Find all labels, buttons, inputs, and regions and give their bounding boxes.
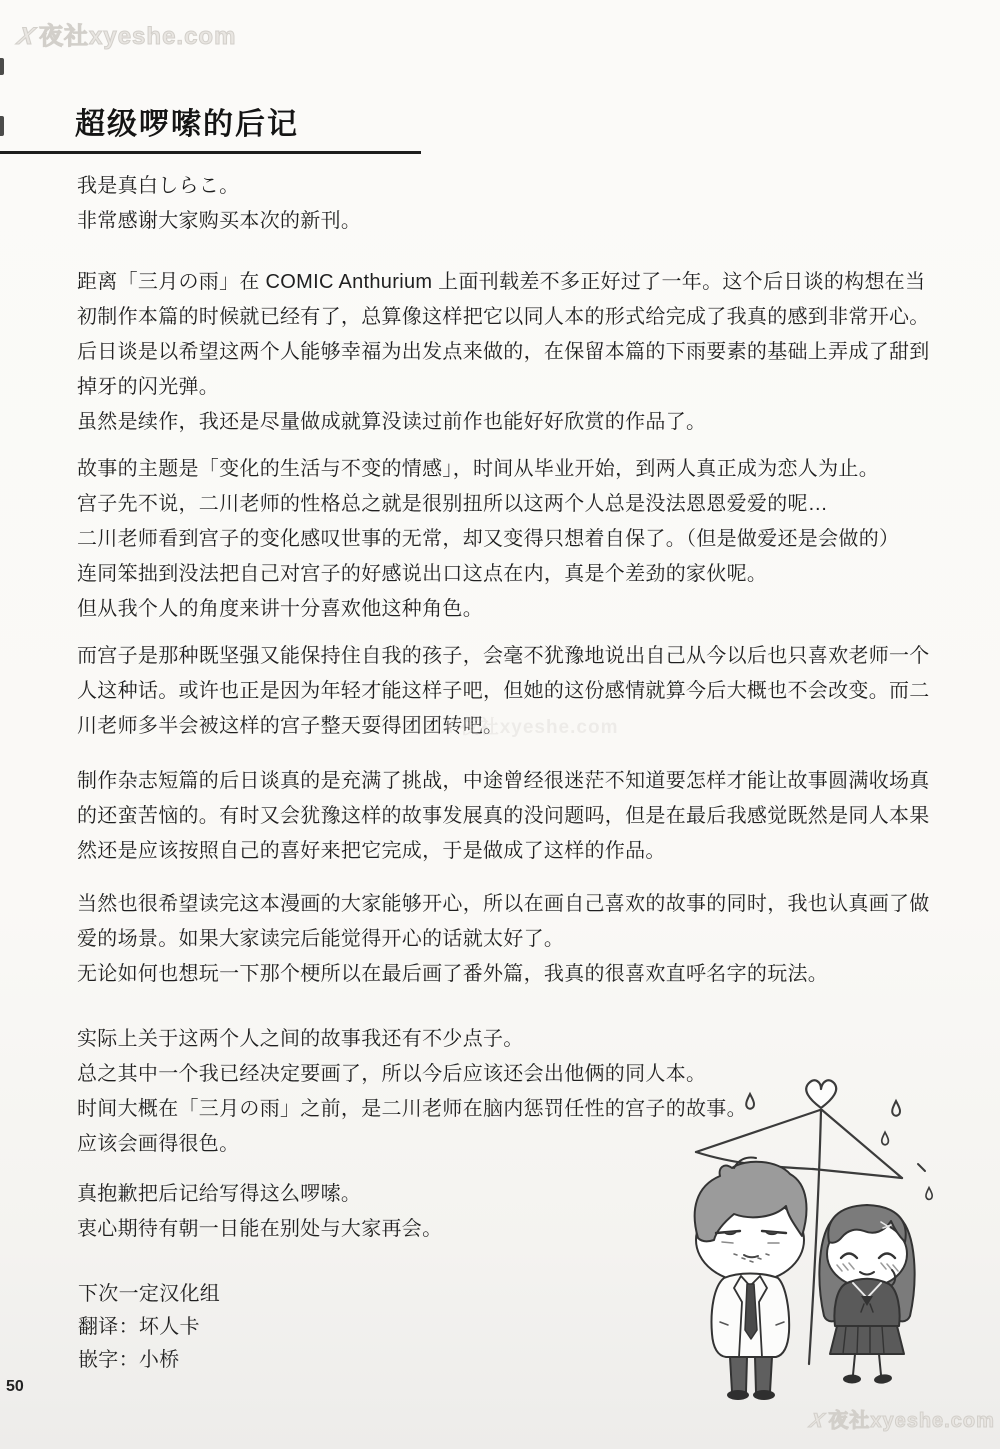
man-shoe [727, 1390, 749, 1400]
afterword-paragraph: 真抱歉把后记给写得这么啰嗦。衷心期待有朝一日能在别处与大家再会。 [77, 1177, 442, 1247]
afterword-line: 故事的主题是「变化的生活与不变的情感」，时间从毕业开始，到两人真正成为恋人为止。 [77, 452, 899, 487]
afterword-line: 非常感谢大家购买本次的新刊。 [77, 204, 361, 239]
afterword-line: 后日谈是以希望这两个人能够幸福为出发点来做的，在保留本篇的下雨要素的基础上弄成了… [77, 335, 930, 370]
afterword-line: 掉牙的闪光弹。 [77, 370, 930, 405]
man-chibi [695, 1157, 807, 1400]
afterword-line: 衷心期待有朝一日能在别处与大家再会。 [77, 1212, 442, 1247]
afterword-paragraph: 制作杂志短篇的后日谈真的是充满了挑战，中途曾经很迷茫不知道要怎样才能让故事圆满收… [77, 764, 930, 869]
afterword-line: 我是真白しらこ。 [77, 169, 361, 204]
afterword-paragraph: 距离「三月の雨」在 COMIC Anthurium 上面刊载差不多正好过了一年。… [77, 265, 930, 440]
afterword-line: 宫子先不说，二川老师的性格总之就是很别扭所以这两个人总是没法恩恩爱爱的呢… [77, 487, 899, 522]
watermark-logo-icon: X [808, 1410, 827, 1433]
afterword-paragraph: 故事的主题是「变化的生活与不变的情感」，时间从毕业开始，到两人真正成为恋人为止。… [77, 452, 899, 627]
watermark-text: 夜社xyeshe.com [828, 1410, 995, 1432]
watermark-text: 夜社xyeshe.com [39, 23, 236, 50]
umbrella-pole [809, 1110, 821, 1364]
afterword-paragraph: 我是真白しらこ。非常感谢大家购买本次的新刊。 [77, 169, 361, 239]
raindrop-icon [746, 1094, 754, 1109]
afterword-line: 连同笨拙到没法把自己对宫子的好感说出口这点在内，真是个差劲的家伙呢。 [77, 557, 899, 592]
man-tie [745, 1284, 757, 1339]
credit-line: 翻译：坏人卡 [78, 1311, 220, 1344]
afterword-line: 人这种话。或许也正是因为年轻才能这样子吧，但她的这份感情就算今后大概也不会改变。… [77, 674, 930, 709]
girl-shoe [873, 1373, 892, 1384]
afterword-page: X夜社xyeshe.com 超级啰嗦的后记 我是真白しらこ。非常感谢大家购买本次… [0, 0, 1000, 1449]
afterword-line: 制作杂志短篇的后日谈真的是充满了挑战，中途曾经很迷茫不知道要怎样才能让故事圆满收… [77, 764, 930, 799]
watermark-center: X夜社xyeshe.com [442, 712, 618, 739]
rain-dash [918, 1164, 925, 1171]
afterword-line: 实际上关于这两个人之间的故事我还有不少点子。 [77, 1022, 747, 1057]
afterword-line: 无论如何也想玩一下那个梗所以在最后画了番外篇，我真的很喜欢直呼名字的玩法。 [77, 957, 930, 992]
girl-skirt [830, 1326, 904, 1354]
chibi-couple-under-heart-umbrella-illustration [638, 1072, 960, 1402]
page-number: 50 [6, 1378, 24, 1396]
watermark-bottom: X夜社xyeshe.com [810, 1404, 995, 1433]
afterword-line: 爱的场景。如果大家读完后能觉得开心的话就太好了。 [77, 922, 930, 957]
girl-chibi [819, 1205, 914, 1385]
watermark-logo-icon: X [440, 717, 458, 739]
afterword-line: 初制作本篇的时候就已经有了，总算像这样把它以同人本的形式给完成了我真的感到非常开… [77, 300, 930, 335]
raindrop-icon [892, 1101, 900, 1116]
translation-credits: 下次一定汉化组翻译：坏人卡嵌字：小桥 [78, 1278, 220, 1377]
afterword-line: 的还蛮苦恼的。有时又会犹豫这样的故事发展真的没问题吗，但是在最后我感觉既然是同人… [77, 799, 930, 834]
afterword-line: 但从我个人的角度来讲十分喜欢他这种角色。 [77, 592, 899, 627]
heart-icon [806, 1080, 836, 1108]
page-title: 超级啰嗦的后记 [75, 99, 299, 143]
girl-shoe [843, 1375, 861, 1384]
afterword-line: 虽然是续作，我还是尽量做成就算没读过前作也能好好欣赏的作品了。 [77, 405, 930, 440]
afterword-paragraph: 当然也很希望读完这本漫画的大家能够开心，所以在画自己喜欢的故事的同时，我也认真画… [77, 887, 930, 992]
afterword-line: 然还是应该按照自己的喜好来把它完成，于是做成了这样的作品。 [77, 834, 930, 869]
raindrop-icon [926, 1188, 932, 1200]
watermark-logo-icon: X [15, 23, 38, 51]
afterword-line: 真抱歉把后记给写得这么啰嗦。 [77, 1177, 442, 1212]
watermark-top: X夜社xyeshe.com [18, 16, 236, 51]
girl-legs [853, 1354, 881, 1375]
title-underline [0, 151, 421, 154]
raindrop-icon [882, 1132, 889, 1144]
scan-edge-artifact [0, 116, 4, 136]
afterword-line: 而宫子是那种既坚强又能保持住自我的孩子，会毫不犹豫地说出自己从今以后也只喜欢老师… [77, 639, 930, 674]
afterword-line: 当然也很希望读完这本漫画的大家能够开心，所以在画自己喜欢的故事的同时，我也认真画… [77, 887, 930, 922]
man-shoe [753, 1390, 775, 1400]
afterword-line: 二川老师看到宫子的变化感叹世事的无常，却又变得只想着自保了。（但是做爱还是会做的… [77, 522, 899, 557]
scan-edge-artifact [0, 58, 4, 75]
man-trousers [730, 1357, 772, 1392]
credit-line: 嵌字：小桥 [78, 1344, 220, 1377]
watermark-text: 夜社xyeshe.com [460, 717, 619, 738]
credit-line: 下次一定汉化组 [78, 1278, 220, 1311]
afterword-line: 距离「三月の雨」在 COMIC Anthurium 上面刊载差不多正好过了一年。… [77, 265, 930, 300]
